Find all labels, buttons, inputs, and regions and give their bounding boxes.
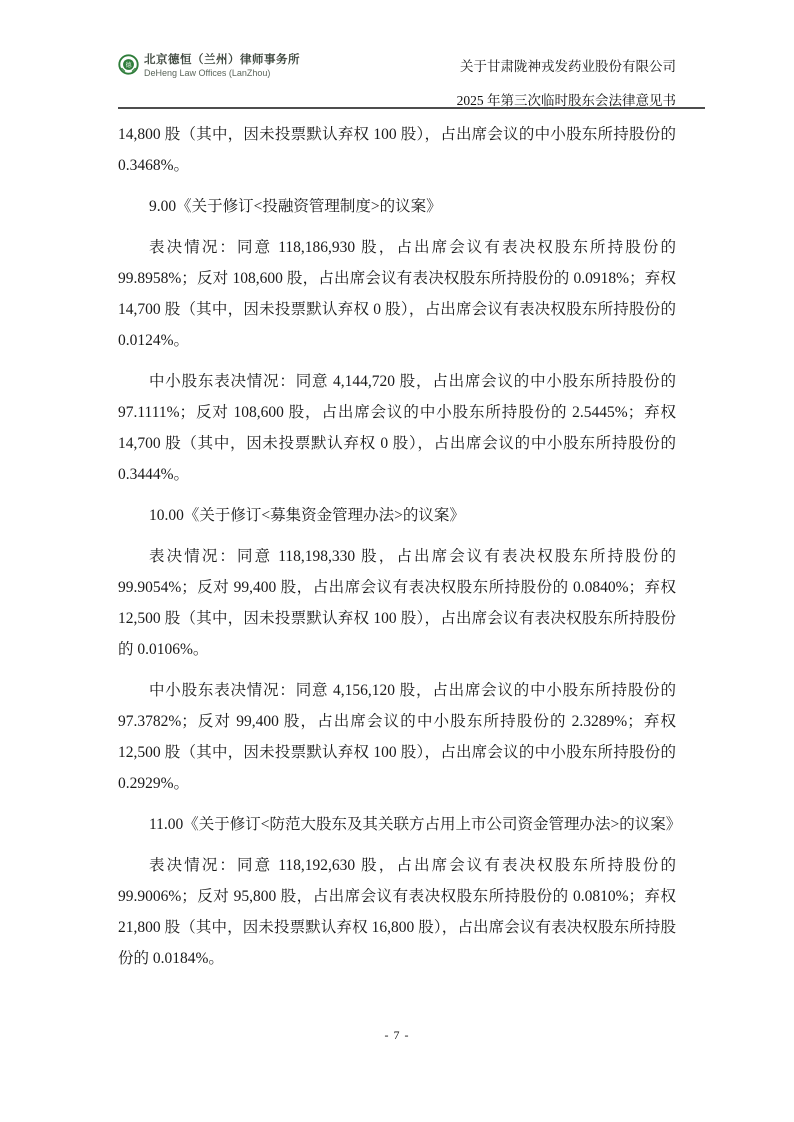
page-number: - 7 - [385, 1028, 410, 1042]
page-header: 德 北京德恒（兰州）律师事务所 DeHeng Law Offices (LanZ… [118, 50, 705, 109]
proposal-10-vote-result: 表决情况：同意 118,198,330 股，占出席会议有表决权股东所持股份的 9… [118, 541, 676, 665]
law-firm-names: 北京德恒（兰州）律师事务所 DeHeng Law Offices (LanZho… [144, 54, 300, 79]
proposal-9-vote-result: 表决情况：同意 118,186,930 股，占出席会议有表决权股东所持股份的 9… [118, 232, 676, 356]
proposal-10-heading: 10.00《关于修订<募集资金管理办法>的议案》 [118, 500, 676, 531]
deheng-seal-icon: 德 [118, 54, 139, 75]
proposal-10-minority-vote-result: 中小股东表决情况：同意 4,156,120 股，占出席会议的中小股东所持股份的 … [118, 675, 676, 799]
law-firm-brand: 德 北京德恒（兰州）律师事务所 DeHeng Law Offices (LanZ… [118, 54, 300, 79]
proposal-11-heading: 11.00《关于修订<防范大股东及其关联方占用上市公司资金管理办法>的议案》 [118, 809, 676, 840]
proposal-9-heading: 9.00《关于修订<投融资管理制度>的议案》 [118, 191, 676, 222]
firm-name-en: DeHeng Law Offices (LanZhou) [144, 69, 300, 79]
doc-title-meeting: 2025 年第三次临时股东会法律意见书 [457, 89, 676, 109]
firm-name-zh: 北京德恒（兰州）律师事务所 [144, 54, 300, 67]
proposal-11-vote-result: 表决情况：同意 118,192,630 股，占出席会议有表决权股东所持股份的 9… [118, 850, 676, 974]
document-body: 14,800 股（其中，因未投票默认弃权 100 股），占出席会议的中小股东所持… [118, 119, 676, 974]
svg-text:德: 德 [125, 61, 132, 69]
header-doc-titles: 关于甘肃陇神戎发药业股份有限公司 2025 年第三次临时股东会法律意见书 [457, 55, 676, 109]
document-page: 德 北京德恒（兰州）律师事务所 DeHeng Law Offices (LanZ… [0, 0, 794, 1122]
doc-title-company: 关于甘肃陇神戎发药业股份有限公司 [457, 55, 676, 75]
paragraph-continuation: 14,800 股（其中，因未投票默认弃权 100 股），占出席会议的中小股东所持… [118, 119, 676, 181]
page-footer: - 7 - [0, 1028, 794, 1043]
proposal-9-minority-vote-result: 中小股东表决情况：同意 4,144,720 股，占出席会议的中小股东所持股份的 … [118, 366, 676, 490]
